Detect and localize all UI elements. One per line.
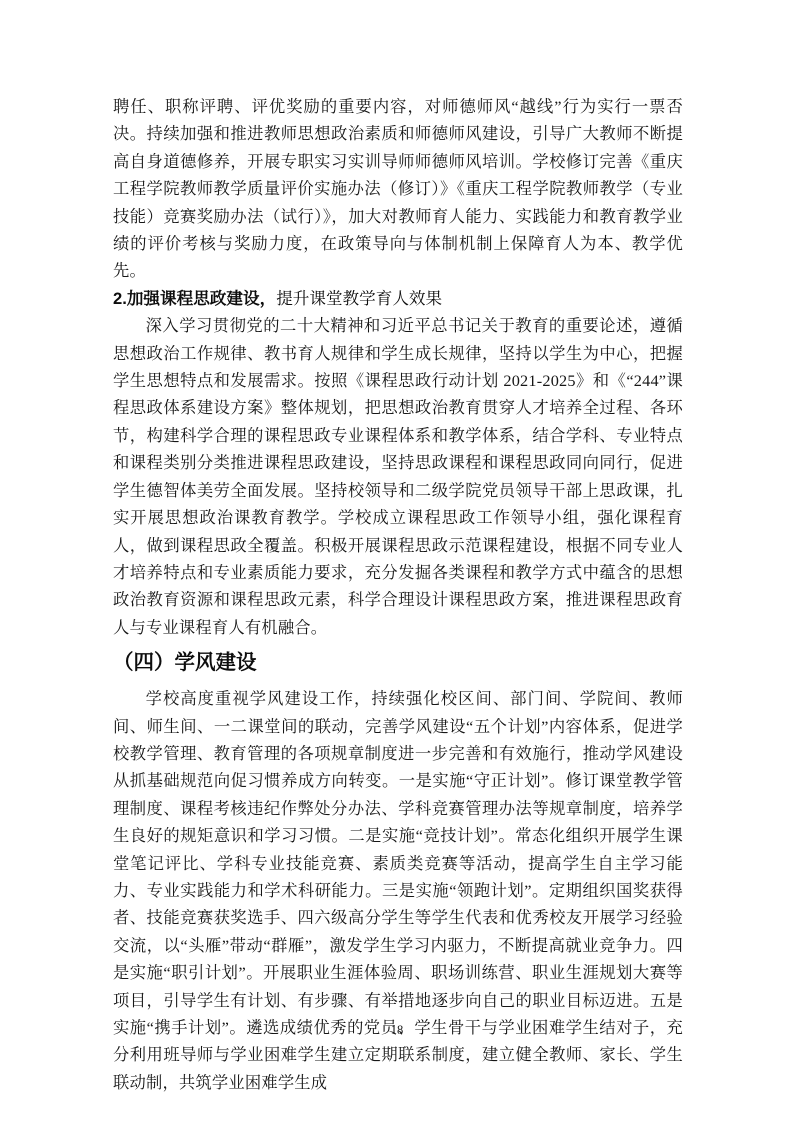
heading-course-ideology-rest: 提升课堂教学育人效果 [276,289,442,308]
page-body: 聘任、职称评聘、评优奖励的重要内容，对师德师风“越线”行为实行一票否决。持续加强… [113,93,683,1096]
heading-course-ideology-lead: 2.加强课程思政建设， [113,289,276,308]
document-page: 聘任、职称评聘、评优奖励的重要内容，对师德师风“越线”行为实行一票否决。持续加强… [0,0,794,1122]
paragraph-teacher-ethics-continuation: 聘任、职称评聘、评优奖励的重要内容，对师德师风“越线”行为实行一票否决。持续加强… [113,93,683,285]
paragraph-course-ideology: 深入学习贯彻党的二十大精神和习近平总书记关于教育的重要论述，遵循思想政治工作规律… [113,312,683,641]
heading-course-ideology: 2.加强课程思政建设，提升课堂教学育人效果 [113,285,683,312]
section-heading-study-style: （四）学风建设 [113,648,683,677]
page-number: 18 [0,1023,794,1038]
